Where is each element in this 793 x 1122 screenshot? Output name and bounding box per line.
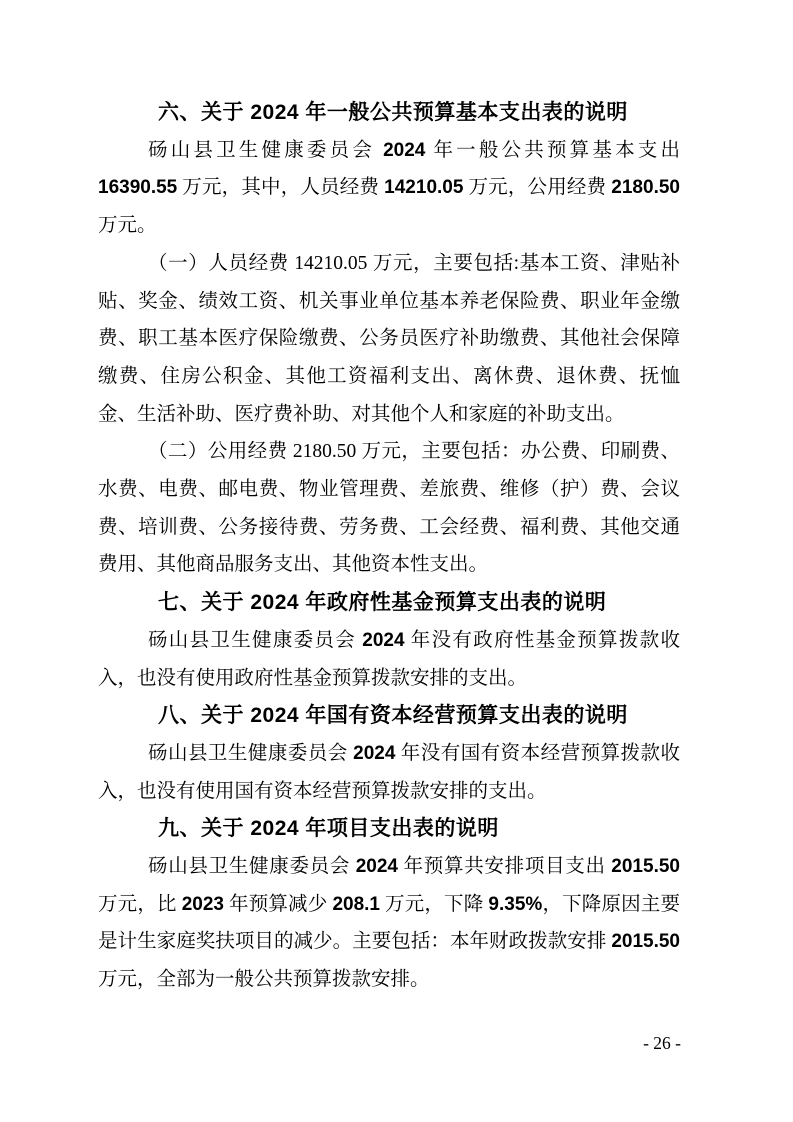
section-8-heading: 八、关于 2024 年国有资本经营预算支出表的说明	[98, 697, 680, 735]
section-7-para-1: 砀山县卫生健康委员会 2024 年没有政府性基金预算拨款收入，也没有使用政府性基…	[98, 622, 680, 697]
text-run: 砀山县卫生健康委员会	[148, 856, 356, 877]
text-run: 万元，比	[98, 894, 182, 915]
text-run: 万元，公用经费	[463, 177, 611, 198]
text-run: （二）公用经费 2180.50 万元，主要包括：办公费、印刷费、水费、电费、邮电…	[98, 441, 680, 575]
text-run: 年一般公共预算基本支出	[425, 140, 680, 161]
bold-number: 9.35%	[488, 894, 542, 915]
text-run: 八、关于 2024 年国有资本经营预算支出表的说明	[158, 704, 628, 727]
text-run: 砀山县卫生健康委员会	[148, 630, 362, 651]
bold-number: 2015.50	[611, 856, 680, 877]
text-run: 万元，其中，人员经费	[177, 177, 384, 198]
section-6-heading: 六、关于 2024 年一般公共预算基本支出表的说明	[98, 94, 680, 132]
section-6-para-3: （二）公用经费 2180.50 万元，主要包括：办公费、印刷费、水费、电费、邮电…	[98, 433, 680, 584]
text-run: （一）人员经费 14210.05 万元，主要包括:基本工资、津贴补贴、奖金、绩效…	[98, 253, 680, 425]
text-run: 年预算共安排项目支出	[398, 856, 611, 877]
document-page: 六、关于 2024 年一般公共预算基本支出表的说明砀山县卫生健康委员会 2024…	[0, 0, 793, 1122]
bold-number: 14210.05	[384, 177, 463, 198]
bold-number: 2024	[353, 743, 395, 764]
section-6-para-1: 砀山县卫生健康委员会 2024 年一般公共预算基本支出 16390.55 万元，…	[98, 132, 680, 245]
text-run: 六、关于 2024 年一般公共预算基本支出表的说明	[158, 101, 628, 124]
bold-number: 16390.55	[98, 177, 177, 198]
bold-number: 2015.50	[611, 931, 680, 952]
section-8-para-1: 砀山县卫生健康委员会 2024 年没有国有资本经营预算拨款收入，也没有使用国有资…	[98, 735, 680, 810]
bold-number: 2023	[182, 894, 224, 915]
bold-number: 2024	[362, 630, 404, 651]
bold-number: 2024	[383, 140, 425, 161]
text-run: 万元。	[98, 215, 157, 236]
text-run: 万元，下降	[380, 894, 488, 915]
text-run: 七、关于 2024 年政府性基金预算支出表的说明	[158, 591, 606, 614]
text-run: 年预算减少	[224, 894, 332, 915]
document-body: 六、关于 2024 年一般公共预算基本支出表的说明砀山县卫生健康委员会 2024…	[98, 94, 680, 999]
text-run: 砀山县卫生健康委员会	[148, 743, 353, 764]
section-9-para-1: 砀山县卫生健康委员会 2024 年预算共安排项目支出 2015.50 万元，比 …	[98, 848, 680, 999]
section-7-heading: 七、关于 2024 年政府性基金预算支出表的说明	[98, 584, 680, 622]
bold-number: 2180.50	[611, 177, 680, 198]
bold-number: 2024	[356, 856, 398, 877]
page-number: - 26 -	[643, 1030, 681, 1056]
text-run: 砀山县卫生健康委员会	[148, 140, 383, 161]
bold-number: 208.1	[332, 894, 380, 915]
text-run: 九、关于 2024 年项目支出表的说明	[158, 817, 499, 840]
section-6-para-2: （一）人员经费 14210.05 万元，主要包括:基本工资、津贴补贴、奖金、绩效…	[98, 245, 680, 434]
section-9-heading: 九、关于 2024 年项目支出表的说明	[98, 810, 680, 848]
text-run: 万元，全部为一般公共预算拨款安排。	[98, 969, 430, 990]
